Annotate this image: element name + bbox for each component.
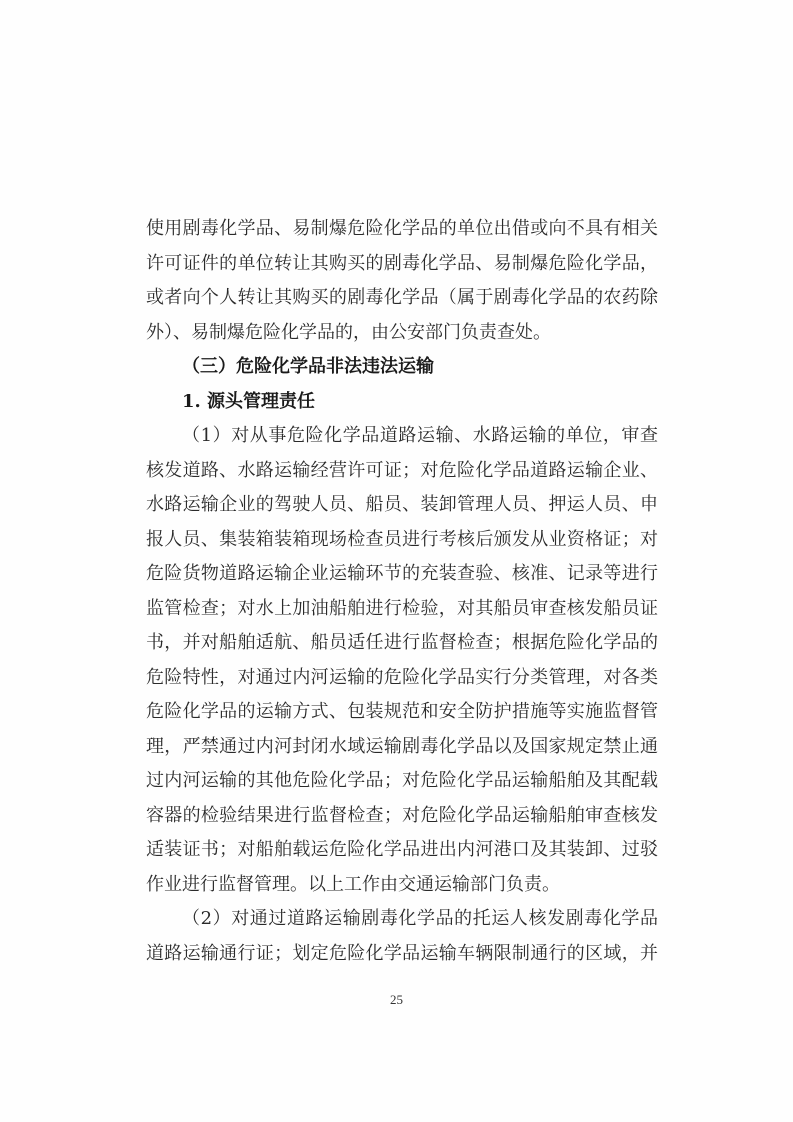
- text-line: 许可证件的单位转让其购买的剧毒化学品、易制爆危险化学品，: [146, 247, 658, 282]
- subsection-heading: 1. 源头管理责任: [146, 385, 658, 420]
- text-line: 容器的检验结果进行监督检查；对危险化学品运输船舶审查核发: [146, 799, 658, 834]
- text-line: 危险特性，对通过内河运输的危险化学品实行分类管理，对各类: [146, 661, 658, 696]
- text-line: 外）、易制爆危险化学品的，由公安部门负责查处。: [146, 316, 658, 351]
- text-line: 适装证书；对船舶载运危险化学品进出内河港口及其装卸、过驳: [146, 833, 658, 868]
- text-line: 书，并对船舶适航、船员适任进行监督检查；根据危险化学品的: [146, 626, 658, 661]
- page-number: 25: [0, 992, 793, 1008]
- text-line: 核发道路、水路运输经营许可证；对危险化学品道路运输企业、: [146, 454, 658, 489]
- text-line: 危险货物道路运输企业运输环节的充装查验、核准、记录等进行: [146, 557, 658, 592]
- text-line: 作业进行监督管理。以上工作由交通运输部门负责。: [146, 868, 658, 903]
- body-text: 使用剧毒化学品、易制爆危险化学品的单位出借或向不具有相关 许可证件的单位转让其购…: [146, 212, 658, 971]
- section-heading: （三）危险化学品非法违法运输: [146, 350, 658, 385]
- text-line: 水路运输企业的驾驶人员、船员、装卸管理人员、押运人员、申: [146, 488, 658, 523]
- text-line: 使用剧毒化学品、易制爆危险化学品的单位出借或向不具有相关: [146, 212, 658, 247]
- text-line: 理，严禁通过内河封闭水域运输剧毒化学品以及国家规定禁止通: [146, 730, 658, 765]
- text-line: 过内河运输的其他危险化学品；对危险化学品运输船舶及其配载: [146, 764, 658, 799]
- text-line: 或者向个人转让其购买的剧毒化学品（属于剧毒化学品的农药除: [146, 281, 658, 316]
- text-line: 道路运输通行证；划定危险化学品运输车辆限制通行的区域，并: [146, 937, 658, 972]
- text-line: （2）对通过道路运输剧毒化学品的托运人核发剧毒化学品: [146, 902, 658, 937]
- document-page: 使用剧毒化学品、易制爆危险化学品的单位出借或向不具有相关 许可证件的单位转让其购…: [0, 0, 793, 1122]
- text-line: （1）对从事危险化学品道路运输、水路运输的单位，审查: [146, 419, 658, 454]
- text-line: 监管检查；对水上加油船舶进行检验，对其船员审查核发船员证: [146, 592, 658, 627]
- text-line: 报人员、集装箱装箱现场检查员进行考核后颁发从业资格证；对: [146, 523, 658, 558]
- text-line: 危险化学品的运输方式、包装规范和安全防护措施等实施监督管: [146, 695, 658, 730]
